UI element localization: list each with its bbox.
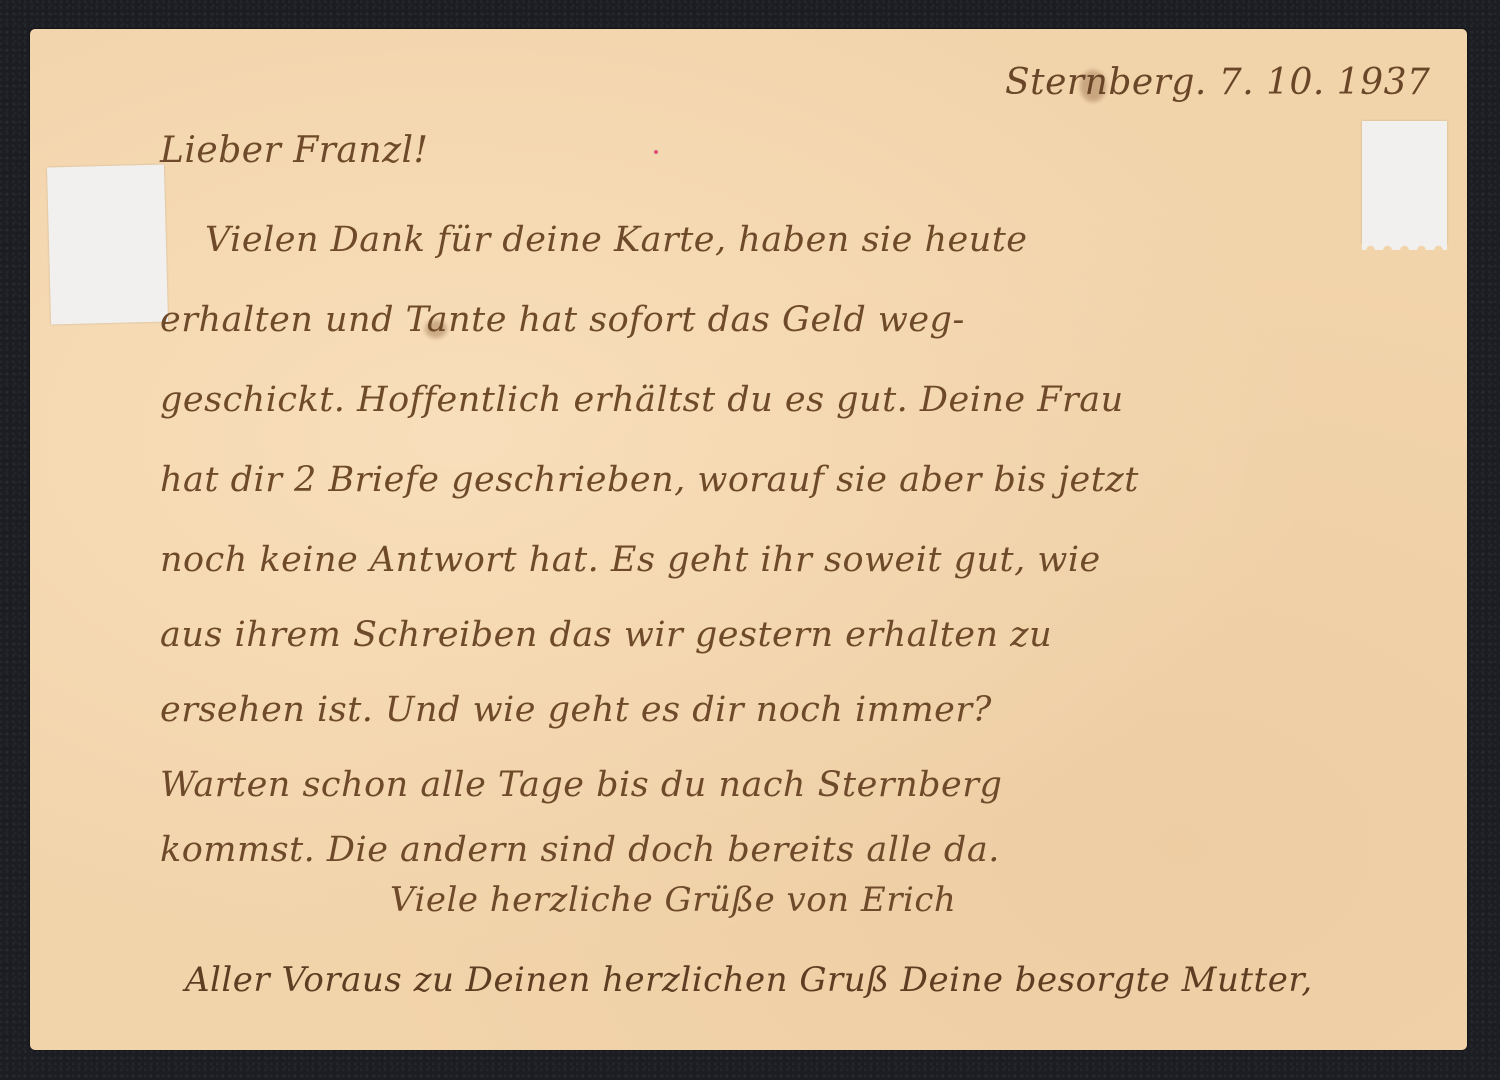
body-line: hat dir 2 Briefe geschrieben, worauf sie… — [160, 460, 1139, 500]
closing-greeting: Viele herzliche Grüße von Erich — [390, 880, 956, 920]
body-line: ersehen ist. Und wie geht es dir noch im… — [160, 690, 992, 730]
place-date: Sternberg. 7. 10. 1937 — [1005, 62, 1430, 103]
body-line: noch keine Antwort hat. Es geht ihr sowe… — [160, 540, 1101, 580]
body-line: erhalten und Tante hat sofort das Geld w… — [160, 300, 965, 340]
stamp-hinge-left — [47, 164, 168, 324]
body-line: Warten schon alle Tage bis du nach Stern… — [160, 765, 1002, 805]
body-line: aus ihrem Schreiben das wir gestern erha… — [160, 615, 1052, 655]
postscript-signature: Aller Voraus zu Deinen herzlichen Gruß D… — [185, 960, 1313, 1000]
stamp-hinge-right — [1362, 121, 1447, 244]
pink-mark — [654, 150, 658, 154]
body-line: kommst. Die andern sind doch bereits all… — [160, 830, 1000, 870]
body-line: geschickt. Hoffentlich erhältst du es gu… — [160, 380, 1124, 420]
body-line: Vielen Dank für deine Karte, haben sie h… — [205, 220, 1028, 260]
salutation: Lieber Franzl! — [160, 130, 429, 171]
